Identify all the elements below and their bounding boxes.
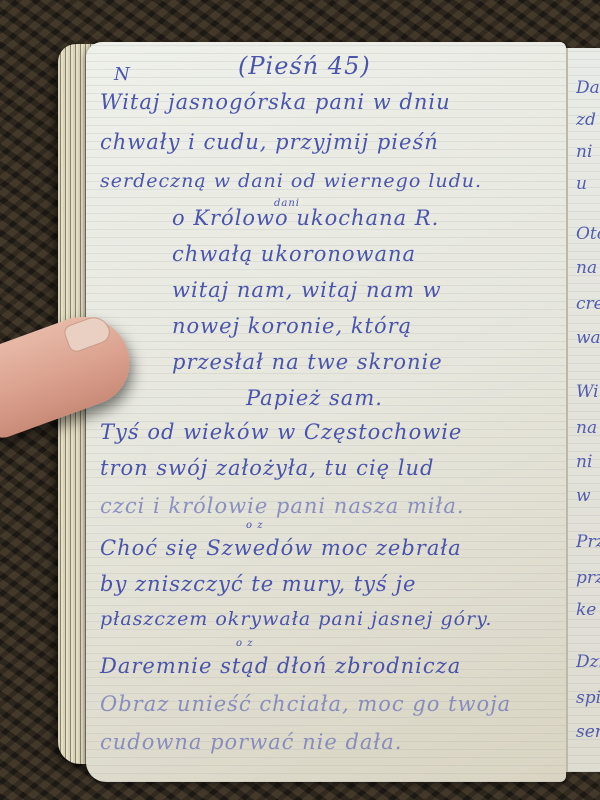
lyric-line: nowej koronie, którą [172,314,412,338]
facing-fragment: spi [576,688,600,708]
facing-fragment: prz [576,568,600,588]
facing-fragment: Prz [576,532,600,552]
facing-fragment: Dzi [576,652,600,672]
lyric-line: chwały i cudu, przyjmij pieśń [100,130,439,154]
facing-fragment: Wi [576,382,600,402]
lyric-line: tron swój założyła, tu cię lud [100,456,434,480]
lyric-line: Obraz unieść chciała, moc go twoja [100,692,511,716]
facing-page: Da zd ni u Oto na cre wa Wi na ni w Prz … [566,48,600,772]
facing-fragment: ser [576,722,600,742]
facing-fragment: Oto [576,224,600,244]
lyric-line: cudowna porwać nie dała. [100,730,402,754]
lyric-line: Choć się Szwedów moc zebrała [100,536,462,560]
facing-fragment: ni [576,452,600,472]
facing-fragment: u [576,174,600,194]
lyric-line: chwałą ukoronowana [172,242,416,266]
lyric-line: witaj nam, witaj nam w [172,278,442,302]
lyric-line: czci i królowie pani nasza miła. [100,494,465,518]
lyric-line: Witaj jasnogórska pani w dniu [100,90,451,114]
lyric-line: by zniszczyć te mury, tyś je [100,572,416,596]
corner-mark: N [114,64,131,85]
lyric-line: płaszczem okrywała pani jasnej góry. [100,608,492,630]
lyric-line: o Królowo ukochana R. [172,206,439,230]
page-title: (Pieśń 45) [238,52,371,80]
facing-fragment: ke [576,600,600,620]
facing-fragment: cre [576,294,600,314]
facing-fragment: ni [576,142,600,162]
facing-fragment: w [576,486,600,506]
lyric-line: Papież sam. [246,386,383,410]
lyric-line: serdeczną w dani od wiernego ludu. [100,170,482,192]
lyric-line: Daremnie stąd dłoń zbrodnicza [100,654,461,678]
facing-fragment: zd [576,110,600,130]
facing-fragment: na [576,418,600,438]
lyric-line: Tyś od wieków w Częstochowie [100,420,462,444]
lyric-line: przesłał na twe skronie [172,350,443,374]
facing-fragment: Da [576,78,600,98]
facing-fragment: wa [576,328,600,348]
annotation: o z [236,638,253,649]
facing-fragment: na [576,258,600,278]
annotation: o z [246,520,263,531]
notebook-page: N (Pieśń 45) Witaj jasnogórska pani w dn… [86,42,566,782]
